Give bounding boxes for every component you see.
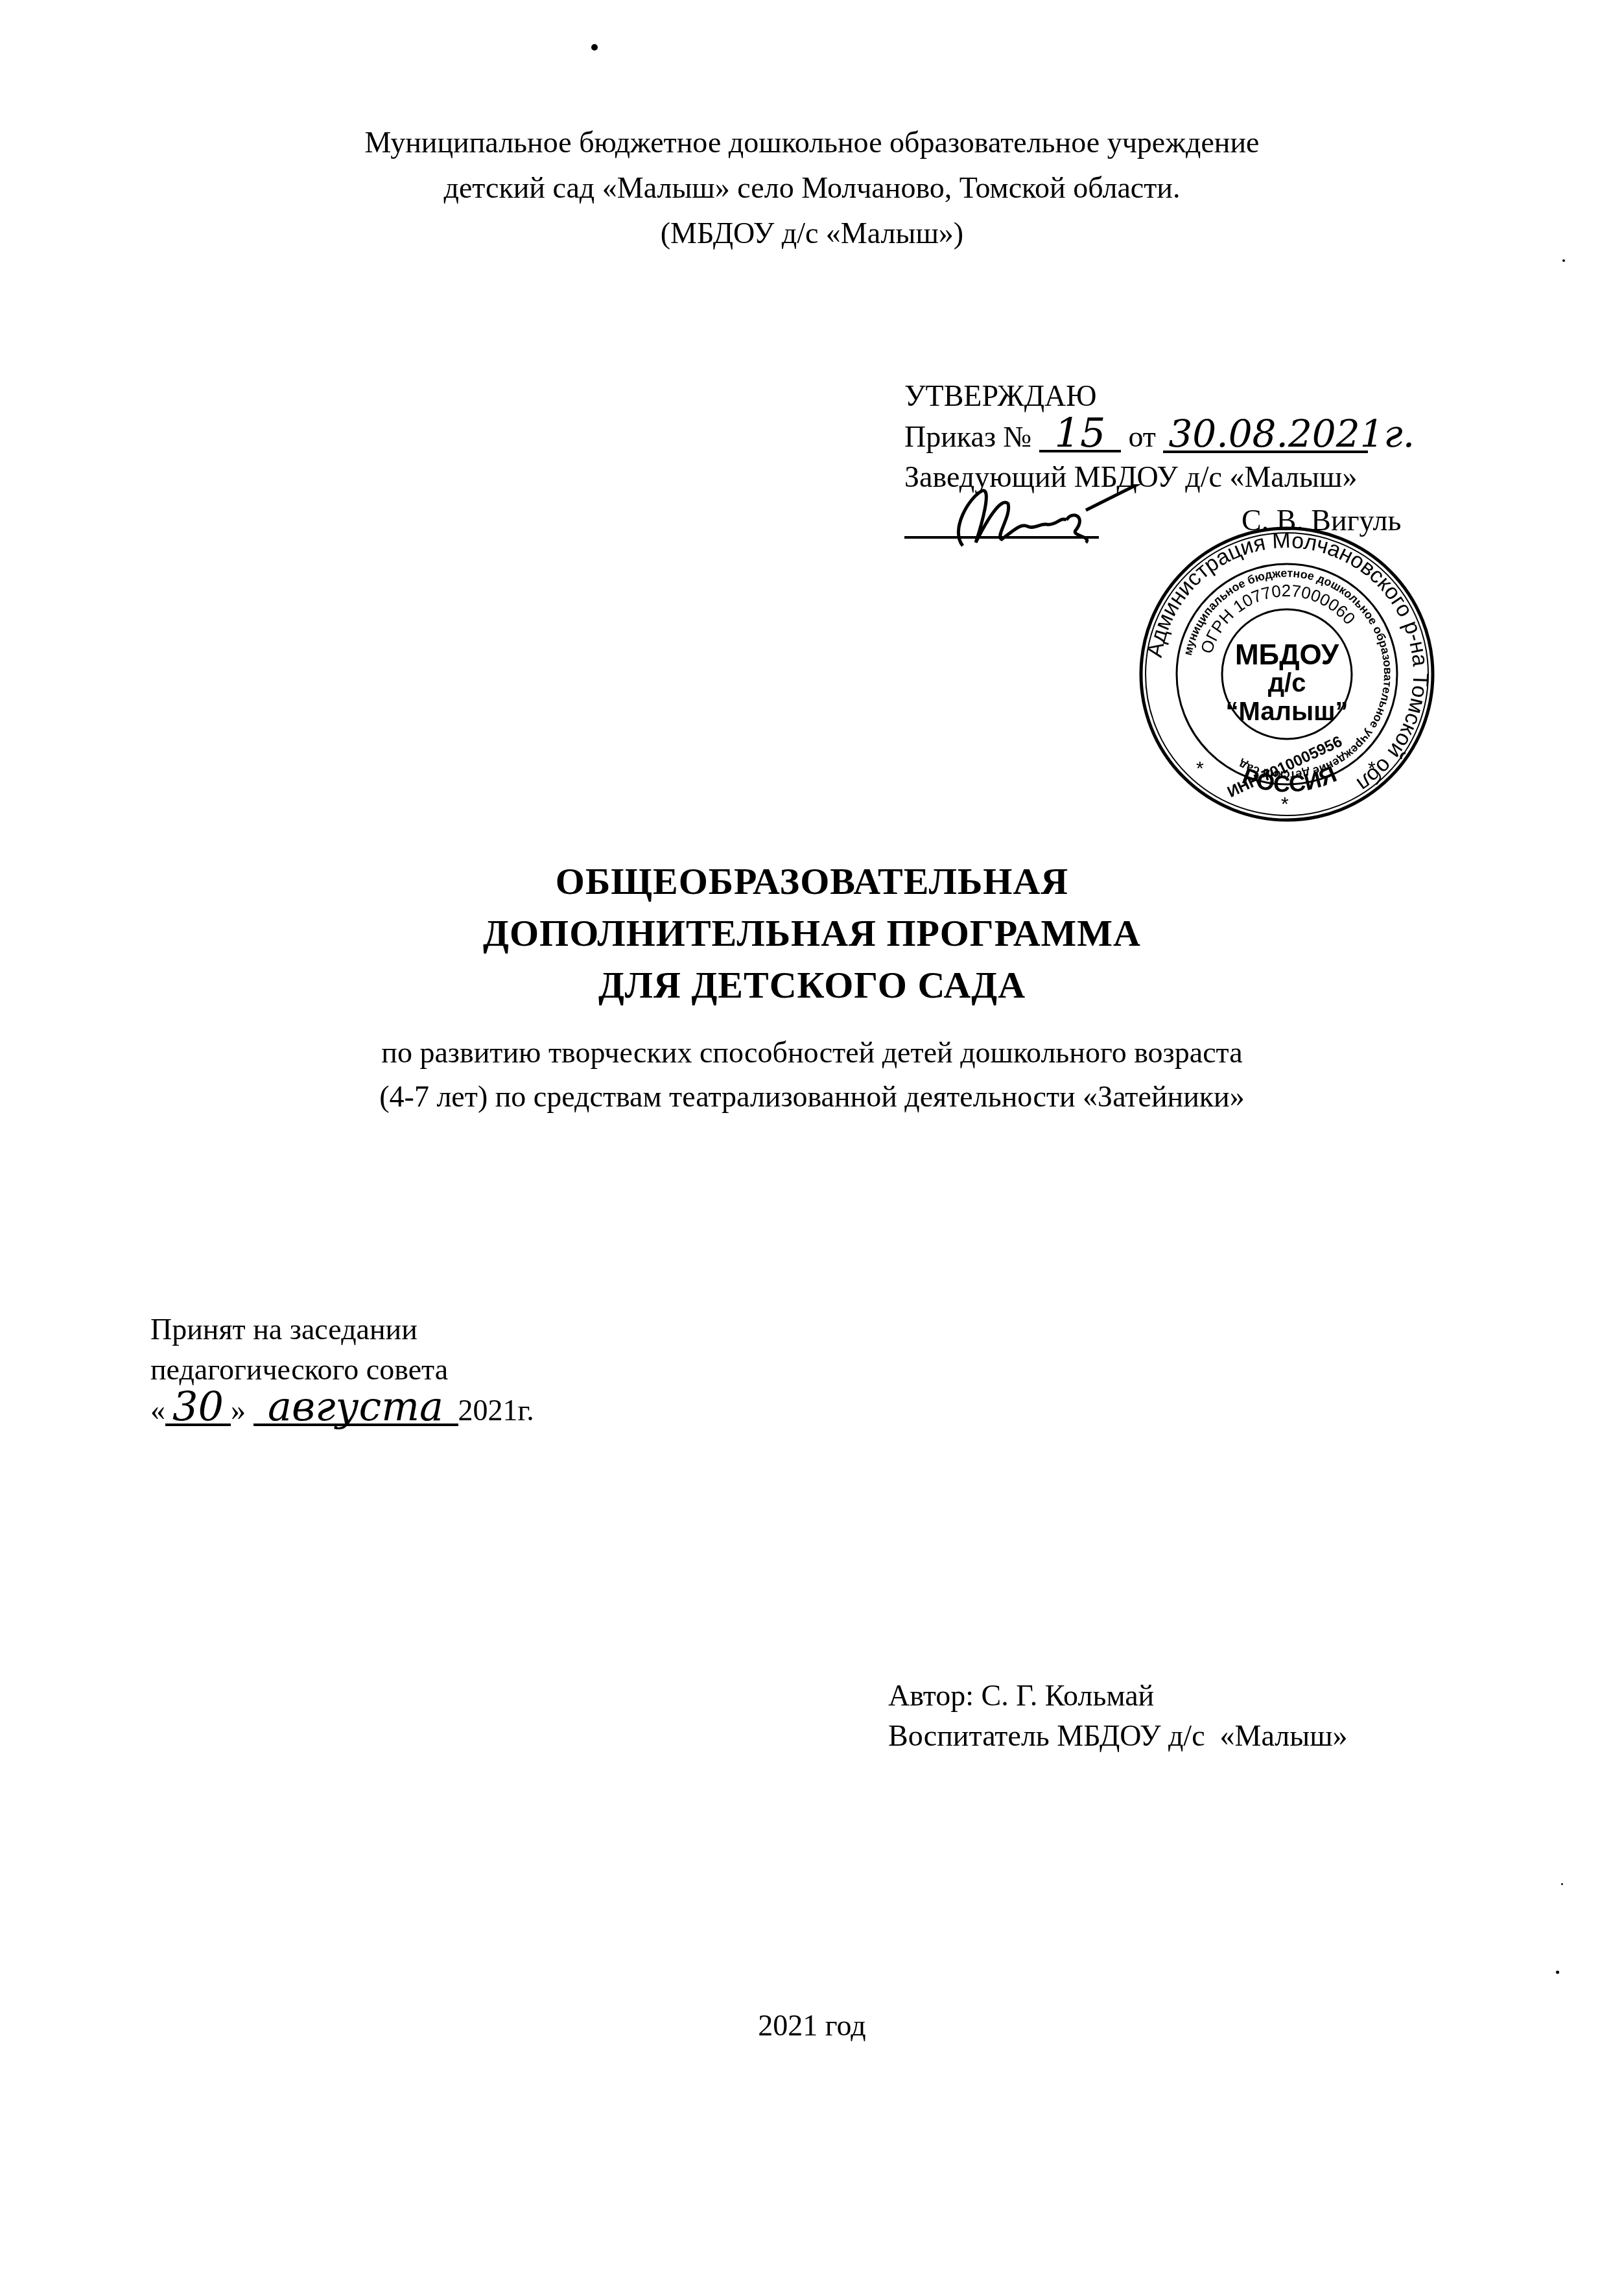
author-position: Воспитатель МБДОУ д/с «Малыш» — [888, 1716, 1348, 1756]
quote-close: » — [231, 1394, 246, 1427]
order-line: Приказ № 15 от 30.08.2021г. — [904, 416, 1368, 457]
scan-speck — [591, 44, 598, 51]
approve-label: УТВЕРЖДАЮ — [904, 376, 1368, 416]
council-year: 2021г. — [458, 1394, 534, 1427]
author-block: Автор: С. Г. Кольмай Воспитатель МБДОУ д… — [888, 1676, 1348, 1756]
approval-block: УТВЕРЖДАЮ Приказ № 15 от 30.08.2021г. За… — [904, 376, 1368, 543]
stamp-seal: Администрация Молчановского р-на Томской… — [1135, 522, 1439, 826]
stamp-center-3: “Малыш” — [1226, 697, 1348, 726]
stamp-center-2: д/с — [1268, 669, 1306, 697]
star-icon: * — [1196, 758, 1204, 779]
council-date: «30» августа2021г. — [150, 1390, 534, 1431]
title-line-1: ОБЩЕОБРАЗОВАТЕЛЬНАЯ — [0, 856, 1624, 908]
institution-header: Муниципальное бюджетное дошкольное образ… — [0, 120, 1624, 256]
order-number: 15 — [1039, 416, 1121, 452]
scan-speck — [1562, 259, 1565, 262]
order-date: 30.08.2021г. — [1163, 417, 1368, 453]
council-block: Принят на заседании педагогического сове… — [150, 1309, 534, 1431]
scan-speck — [1561, 1883, 1563, 1885]
subtitle-line-1: по развитию творческих способностей дете… — [0, 1031, 1624, 1075]
program-subtitle: по развитию творческих способностей дете… — [0, 1031, 1624, 1119]
program-title: ОБЩЕОБРАЗОВАТЕЛЬНАЯ ДОПОЛНИТЕЛЬНАЯ ПРОГР… — [0, 856, 1624, 1011]
quote-open: « — [150, 1394, 165, 1427]
council-month: августа — [253, 1390, 458, 1426]
star-icon: * — [1281, 793, 1289, 815]
order-prefix: Приказ № — [904, 420, 1031, 453]
title-line-2: ДОПОЛНИТЕЛЬНАЯ ПРОГРАММА — [0, 908, 1624, 959]
author-name: Автор: С. Г. Кольмай — [888, 1676, 1348, 1716]
council-day: 30 — [165, 1390, 231, 1426]
institution-line-1: Муниципальное бюджетное дошкольное образ… — [0, 120, 1624, 165]
subtitle-line-2: (4-7 лет) по средствам театрализованной … — [0, 1075, 1624, 1119]
title-line-3: ДЛЯ ДЕТСКОГО САДА — [0, 959, 1624, 1011]
council-line-1: Принят на заседании — [150, 1309, 534, 1350]
document-year: 2021 год — [0, 2003, 1624, 2048]
scan-speck — [1556, 1971, 1559, 1974]
order-from: от — [1128, 420, 1156, 453]
signature-icon — [930, 484, 1164, 556]
institution-line-2: детский сад «Малыш» село Молчаново, Томс… — [0, 165, 1624, 211]
star-icon: * — [1368, 758, 1376, 779]
institution-abbreviation: (МБДОУ д/с «Малыш») — [0, 211, 1624, 256]
stamp-center-1: МБДОУ — [1235, 639, 1339, 671]
